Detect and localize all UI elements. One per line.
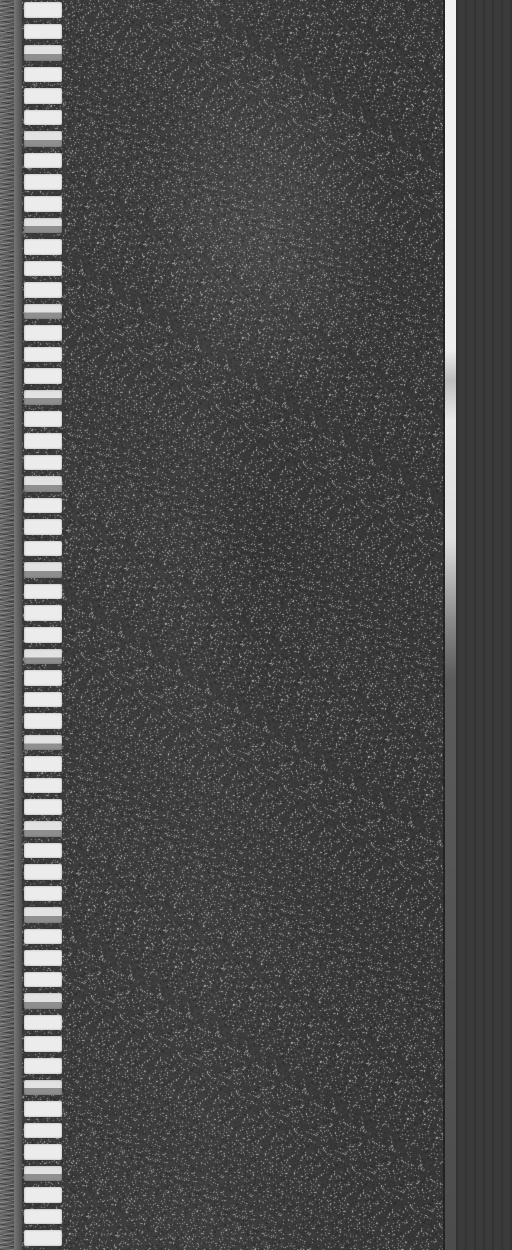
crosswalk-stripe <box>24 1123 62 1139</box>
crosswalk-stripe <box>24 411 62 427</box>
right-shoulder <box>456 0 512 1250</box>
crosswalk-stripe <box>24 325 62 341</box>
crosswalk-stripe <box>24 627 62 643</box>
crosswalk-stripe <box>24 519 62 535</box>
crosswalk-stripe <box>24 1144 62 1160</box>
crosswalk-stripe <box>24 929 62 945</box>
crosswalk-stripe <box>24 282 62 298</box>
crosswalk-stripe <box>24 907 62 923</box>
crosswalk-stripe <box>24 1187 62 1203</box>
crosswalk-stripe <box>24 1036 62 1052</box>
crosswalk-stripe <box>24 1230 62 1246</box>
crosswalk-stripe <box>24 347 62 363</box>
crosswalk-stripe <box>24 433 62 449</box>
crosswalk-stripe <box>24 1080 62 1096</box>
crosswalk-stripe <box>24 541 62 557</box>
crosswalk-stripe <box>24 584 62 600</box>
crosswalk-stripe <box>24 261 62 277</box>
crosswalk-stripe <box>24 993 62 1009</box>
crosswalk-stripe <box>24 670 62 686</box>
crosswalk-stripe <box>24 45 62 61</box>
crosswalk-stripe <box>24 390 62 406</box>
asphalt-texture <box>0 0 512 1250</box>
crosswalk-stripe <box>24 562 62 578</box>
crosswalk-stripe <box>24 131 62 147</box>
crosswalk-stripe <box>24 864 62 880</box>
lane-line <box>445 0 456 1250</box>
crosswalk-stripe <box>24 110 62 126</box>
crosswalk-stripe <box>24 843 62 859</box>
crosswalk-stripe <box>24 1015 62 1031</box>
crosswalk-stripe <box>24 239 62 255</box>
crosswalk-stripe <box>24 735 62 751</box>
crosswalk-stripe <box>24 950 62 966</box>
crosswalk-stripe <box>24 778 62 794</box>
crosswalk-stripe <box>24 498 62 514</box>
crosswalk-stripe <box>24 713 62 729</box>
crosswalk-stripe <box>24 88 62 104</box>
road-surface-scene <box>0 0 512 1250</box>
crosswalk-stripe <box>24 218 62 234</box>
crosswalk-stripe <box>24 476 62 492</box>
crosswalk-stripe <box>24 1058 62 1074</box>
crosswalk-stripe <box>24 972 62 988</box>
crosswalk-stripe <box>24 24 62 40</box>
crosswalk-stripe <box>24 368 62 384</box>
crosswalk-stripe <box>24 174 62 190</box>
crosswalk-stripe <box>24 1101 62 1117</box>
crosswalk-stripe <box>24 605 62 621</box>
crosswalk-stripe <box>24 799 62 815</box>
crosswalk-stripe <box>24 821 62 837</box>
crosswalk-stripe-band <box>24 0 62 1250</box>
crosswalk-stripe <box>24 649 62 665</box>
crosswalk-stripe <box>24 304 62 320</box>
crosswalk-stripe <box>24 1209 62 1225</box>
crosswalk-stripe <box>24 455 62 471</box>
crosswalk-stripe <box>24 2 62 18</box>
crosswalk-stripe <box>24 196 62 212</box>
curb-edge <box>14 0 22 1250</box>
crosswalk-stripe <box>24 67 62 83</box>
crosswalk-stripe <box>24 756 62 772</box>
crosswalk-stripe <box>24 692 62 708</box>
crosswalk-stripe <box>24 886 62 902</box>
crosswalk-stripe <box>24 1166 62 1182</box>
crosswalk-stripe <box>24 153 62 169</box>
